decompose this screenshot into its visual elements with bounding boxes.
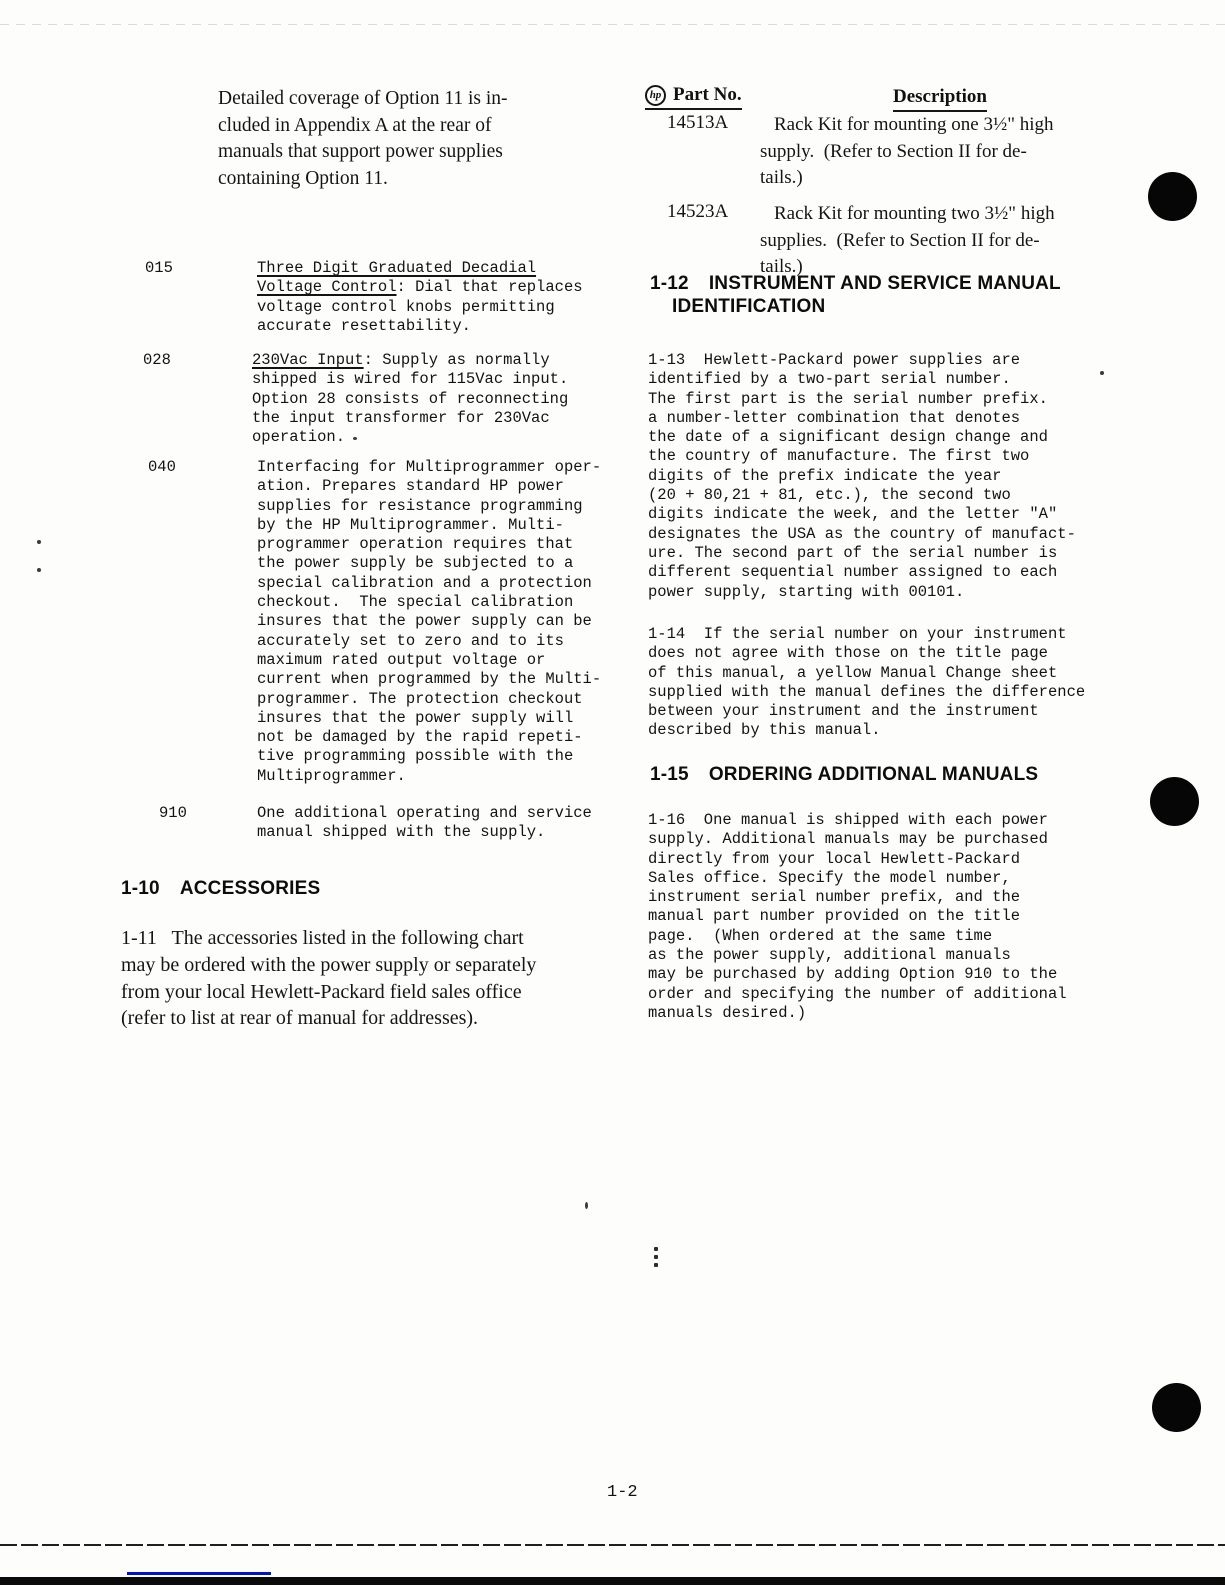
- scan-speck: [353, 437, 357, 440]
- option-text: One additional operating and service man…: [257, 804, 617, 843]
- footer-dashed-line: [0, 1544, 1225, 1546]
- registration-dot: [1150, 777, 1199, 826]
- footer-black-bar: [0, 1577, 1225, 1585]
- section-title: INSTRUMENT AND SERVICE MANUAL: [709, 273, 1061, 294]
- section-number: 1-12: [650, 273, 689, 294]
- scan-speck: [1100, 371, 1104, 375]
- paragraph-1-11: 1-11 The accessories listed in the follo…: [121, 925, 621, 1032]
- option-code: 040: [148, 458, 176, 477]
- registration-dot: [1148, 172, 1197, 221]
- manual-page: Detailed coverage of Option 11 is in- cl…: [0, 0, 1225, 1585]
- paragraph-1-16: 1-16 One manual is shipped with each pow…: [648, 811, 1108, 1023]
- description-header: Description: [893, 86, 987, 112]
- part-number: 14513A: [667, 112, 728, 134]
- option-code: 910: [159, 804, 187, 823]
- vertical-dots-artifact: [654, 1247, 658, 1267]
- option-code: 015: [145, 259, 173, 278]
- part-no-header: hp Part No.: [645, 84, 742, 110]
- registration-dot: [1152, 1383, 1201, 1432]
- section-number: 1-10: [121, 878, 160, 899]
- intro-paragraph: Detailed coverage of Option 11 is in- cl…: [218, 86, 598, 192]
- section-title: ACCESSORIES: [180, 878, 321, 899]
- option-text: Interfacing for Multiprogrammer oper- at…: [257, 458, 617, 786]
- hp-logo-text: hp: [650, 90, 662, 101]
- section-number: 1-15: [650, 764, 689, 785]
- option-term: 230Vac Input: [252, 351, 364, 369]
- section-heading-identification: 1-12INSTRUMENT AND SERVICE MANUAL IDENTI…: [650, 272, 1061, 318]
- option-description: Interfacing for Multiprogrammer oper- at…: [257, 458, 601, 785]
- scan-speck: [37, 568, 41, 572]
- part-description: Rack Kit for mounting two 3½" high suppl…: [760, 201, 1112, 281]
- hp-logo-icon: hp: [645, 85, 666, 106]
- description-header-label: Description: [893, 86, 987, 108]
- option-text: Three Digit Graduated Decadial Voltage C…: [257, 259, 617, 336]
- scan-speck: [37, 540, 41, 544]
- paragraph-1-13: 1-13 Hewlett-Packard power supplies are …: [648, 351, 1098, 602]
- paragraph-1-14: 1-14 If the serial number on your instru…: [648, 625, 1108, 741]
- part-description: Rack Kit for mounting one 3½" high suppl…: [760, 112, 1112, 192]
- section-title: ORDERING ADDITIONAL MANUALS: [709, 764, 1038, 785]
- footer-blue-line: [127, 1572, 271, 1575]
- option-code: 028: [143, 351, 171, 370]
- section-heading-line1: 1-12INSTRUMENT AND SERVICE MANUAL: [650, 272, 1061, 295]
- option-text: 230Vac Input: Supply as normally shipped…: [252, 351, 612, 447]
- section-heading-line2: IDENTIFICATION: [650, 295, 1061, 318]
- scan-speck: [585, 1202, 588, 1209]
- part-number: 14523A: [667, 201, 728, 223]
- page-number: 1-2: [607, 1483, 638, 1502]
- section-heading-accessories: 1-10ACCESSORIES: [121, 878, 320, 900]
- scan-line-top: [0, 24, 1225, 25]
- part-no-header-label: Part No.: [673, 84, 742, 106]
- section-heading-ordering-manuals: 1-15ORDERING ADDITIONAL MANUALS: [650, 764, 1038, 786]
- option-description: One additional operating and service man…: [257, 804, 592, 841]
